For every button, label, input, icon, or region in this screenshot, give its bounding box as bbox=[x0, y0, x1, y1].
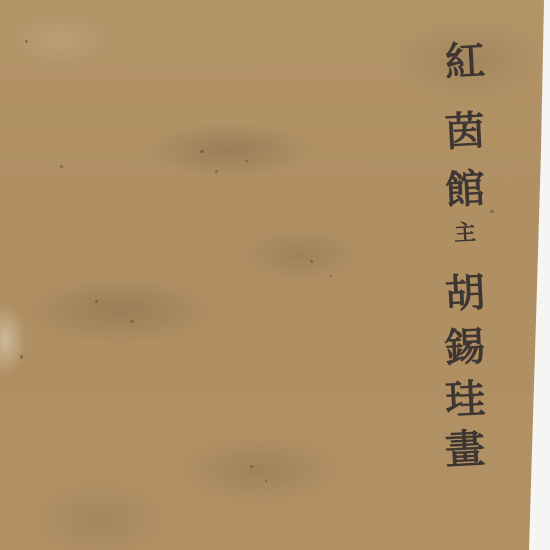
stain-speckle bbox=[20, 355, 23, 359]
stain-speckle bbox=[250, 465, 253, 468]
stain-speckle bbox=[215, 170, 218, 173]
signature-char: 錫 bbox=[444, 323, 486, 373]
stain-speckle bbox=[25, 40, 28, 43]
stain-speckle bbox=[95, 300, 98, 303]
inscription-char: 館 bbox=[444, 165, 486, 215]
stain-speckle bbox=[490, 210, 494, 213]
stain-speckle bbox=[130, 320, 134, 323]
inscription-char: 主 bbox=[453, 217, 477, 248]
calligraphy-inscription: 紅 茵 館 主 胡 錫 珪 畫 bbox=[440, 38, 490, 474]
stain-speckle bbox=[330, 275, 332, 277]
stain-speckle bbox=[310, 260, 313, 263]
inscription-char: 茵 bbox=[444, 107, 486, 157]
inscription-char: 紅 bbox=[444, 37, 486, 87]
signature-char: 胡 bbox=[444, 269, 486, 319]
stain-speckle bbox=[200, 150, 204, 153]
stain-speckle bbox=[265, 480, 267, 482]
photo-frame: 紅 茵 館 主 胡 錫 珪 畫 bbox=[0, 0, 550, 550]
signature-char: 畫 bbox=[444, 425, 486, 475]
stain-speckle bbox=[245, 160, 248, 162]
stain-speckle bbox=[60, 165, 63, 168]
signature-char: 珪 bbox=[444, 375, 486, 425]
